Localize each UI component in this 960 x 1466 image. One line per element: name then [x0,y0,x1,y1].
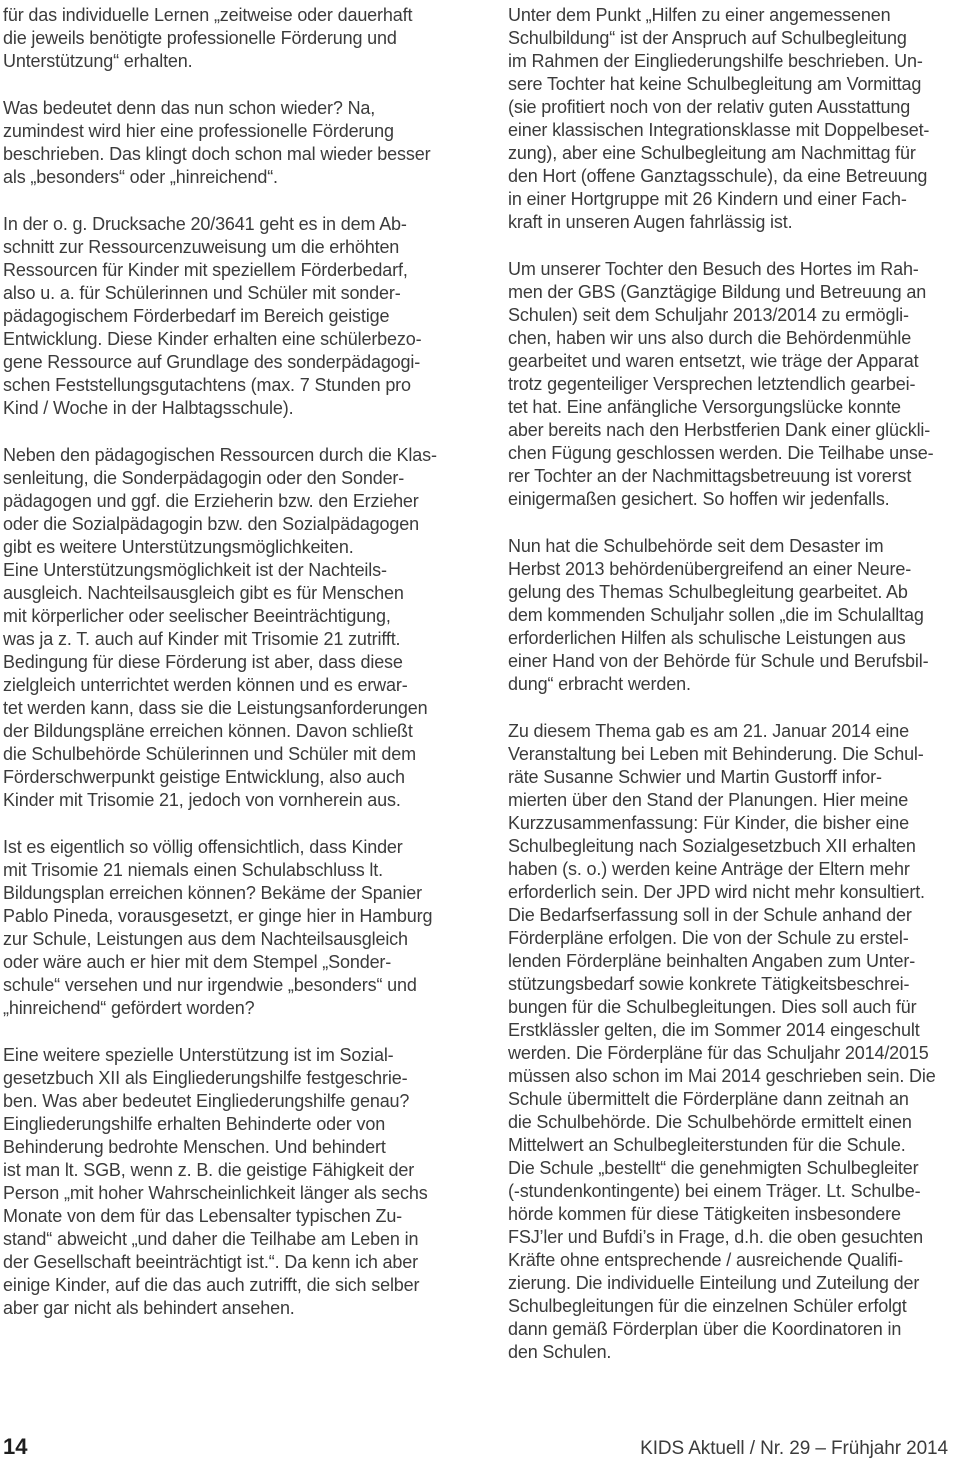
paragraph: Neben den pädagogischen Ressourcen durch… [3,444,475,812]
paragraph: Zu diesem Thema gab es am 21. Januar 201… [508,720,960,1364]
page-footer: 14 KIDS Aktuell / Nr. 29 – Frühjahr 2014 [3,1434,948,1460]
paragraph: Was bedeutet denn das nun schon wieder? … [3,97,475,189]
page-number: 14 [3,1434,27,1460]
paragraph: Um unserer Tochter den Besuch des Hortes… [508,258,960,511]
paragraph: Unter dem Punkt „Hilfen zu einer angemes… [508,4,960,234]
paragraph: Ist es eigentlich so völlig offensichtli… [3,836,475,1020]
paragraph: Eine weitere spezielle Unterstützung ist… [3,1044,475,1320]
issue-label: KIDS Aktuell / Nr. 29 – Frühjahr 2014 [640,1438,948,1460]
paragraph: für das individuelle Lernen „zeitweise o… [3,4,475,73]
magazine-page: für das individuelle Lernen „zeitweise o… [0,0,960,1466]
paragraph: In der o. g. Drucksache 20/3641 geht es … [3,213,475,420]
paragraph: Nun hat die Schulbehörde seit dem Desast… [508,535,960,696]
right-column: Unter dem Punkt „Hilfen zu einer angemes… [508,4,960,1388]
left-column: für das individuelle Lernen „zeitweise o… [3,4,475,1344]
